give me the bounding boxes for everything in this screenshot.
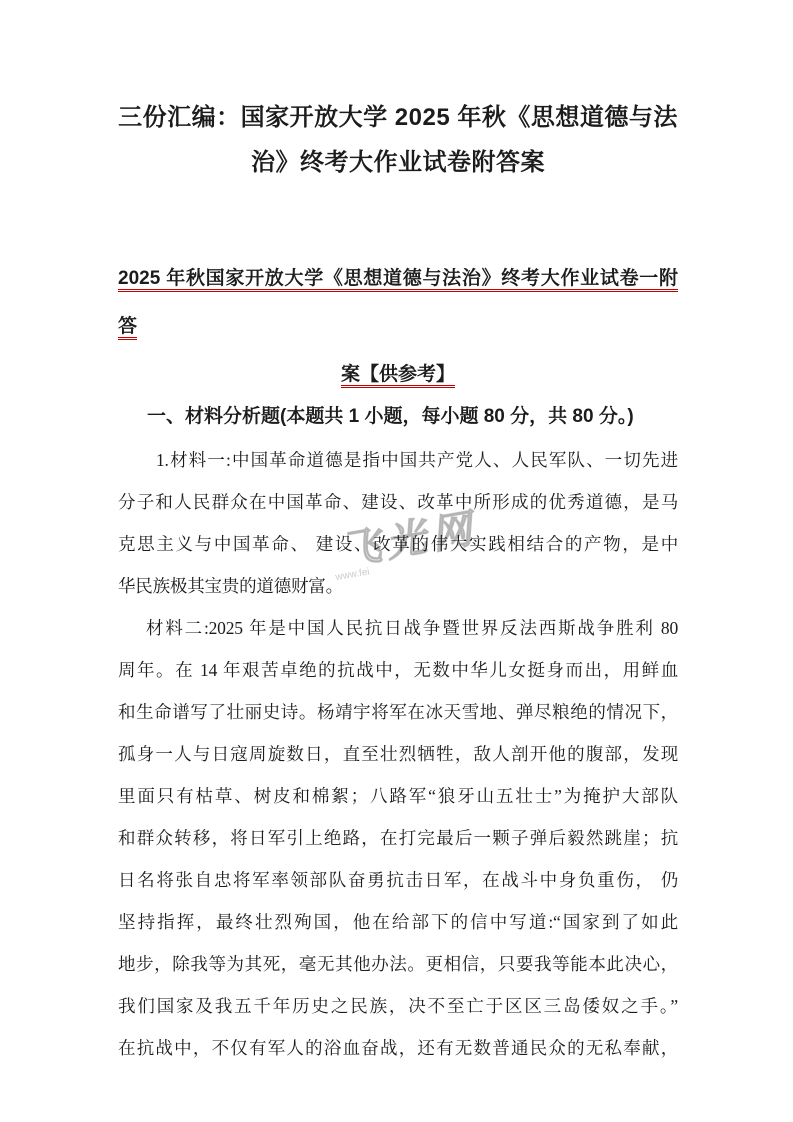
document-body: 1.材料一:中国革命道德是指中国共产党人、人民军队、一切先进分子和人民群众在中国… [118, 439, 678, 1069]
subtitle-line: 案【供参考】 [118, 351, 678, 399]
text-line: 和生命谱写了壮丽史诗。杨靖宇将军在冰天雪地、弹尽粮绝的情况下， [118, 691, 678, 733]
text-line: 1.材料一:中国革命道德是指中国共产党人、人民军队、一切先进 [118, 439, 678, 481]
text-line: 华民族极其宝贵的道德财富。 [118, 565, 678, 607]
subtitle-line: 2025 年秋国家开放大学《思想道德与法治》终考大作业试卷一附答 [118, 255, 678, 351]
text-line: 分子和人民群众在中国革命、建设、改革中所形成的优秀道德，是马 [118, 481, 678, 523]
title-line: 三份汇编：国家开放大学 2025 年秋《思想道德与法 [118, 95, 678, 140]
document-content: 三份汇编：国家开放大学 2025 年秋《思想道德与法 治》终考大作业试卷附答案 … [118, 95, 678, 1069]
page: 飞光网 www.fei 三份汇编：国家开放大学 2025 年秋《思想道德与法 治… [0, 0, 793, 1122]
text-line: 周年。在 14 年艰苦卓绝的抗战中，无数中华儿女挺身而出，用鲜血 [118, 649, 678, 691]
document-title: 三份汇编：国家开放大学 2025 年秋《思想道德与法 治》终考大作业试卷附答案 [118, 95, 678, 185]
text-line: 地步，除我等为其死，毫无其他办法。更相信，只要我等能本此决心， [118, 943, 678, 985]
text-line: 孤身一人与日寇周旋数日，直至壮烈牺牲，敌人剖开他的腹部，发现 [118, 733, 678, 775]
section-heading: 一、材料分析题(本题共 1 小题，每小题 80 分，共 80 分。) [118, 399, 678, 435]
paragraph: 1.材料一:中国革命道德是指中国共产党人、人民军队、一切先进分子和人民群众在中国… [118, 439, 678, 607]
text-line: 日名将张自忠将军率领部队奋勇抗击日军，在战斗中身负重伤， 仍 [118, 859, 678, 901]
subtitle: 2025 年秋国家开放大学《思想道德与法治》终考大作业试卷一附答 案【供参考】 [118, 255, 678, 399]
text-line: 里面只有枯草、树皮和棉絮；八路军“狼牙山五壮士”为掩护大部队 [118, 775, 678, 817]
text-line: 坚持指挥，最终壮烈殉国，他在给部下的信中写道:“国家到了如此 [118, 901, 678, 943]
text-line: 在抗战中，不仅有军人的浴血奋战，还有无数普通民众的无私奉献， [118, 1027, 678, 1069]
text-line: 和群众转移，将日军引上绝路，在打完最后一颗子弹后毅然跳崖；抗 [118, 817, 678, 859]
text-line: 材料二:2025 年是中国人民抗日战争暨世界反法西斯战争胜利 80 [118, 607, 678, 649]
text-line: 我们国家及我五千年历史之民族，决不至亡于区区三岛倭奴之手。” [118, 985, 678, 1027]
paragraph: 材料二:2025 年是中国人民抗日战争暨世界反法西斯战争胜利 80周年。在 14… [118, 607, 678, 1069]
title-line: 治》终考大作业试卷附答案 [118, 140, 678, 185]
text-line: 克思主义与中国革命、 建设、改革的伟大实践相结合的产物，是中 [118, 523, 678, 565]
